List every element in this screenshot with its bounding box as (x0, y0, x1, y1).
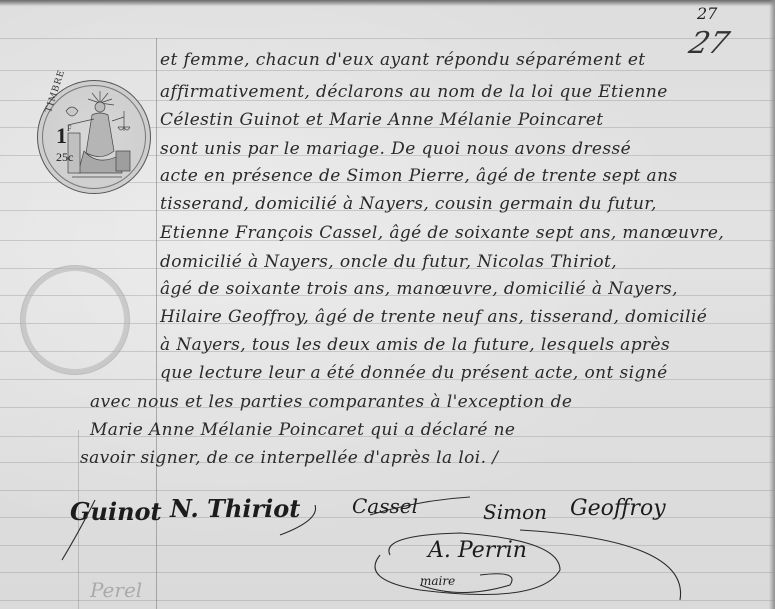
document-page: TIMBRE 1F 25c 27 27 et femme, chacun d'e… (0, 0, 775, 609)
signature-flourish-icon (0, 0, 775, 609)
